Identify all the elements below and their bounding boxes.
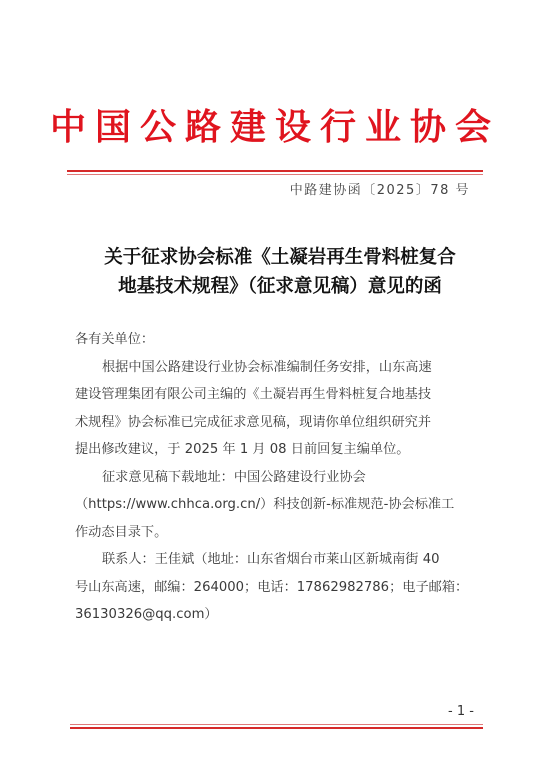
paragraph-line: 征求意见稿下载地址：中国公路建设行业协会 — [75, 464, 478, 492]
document-number: 中路建协函〔2025〕78 号 — [290, 182, 470, 200]
paragraph-download-address: 征求意见稿下载地址：中国公路建设行业协会 （https://www.chhca.… — [75, 464, 478, 547]
paragraph-line: 根据中国公路建设行业协会标准编制任务安排，山东高速 — [75, 354, 478, 382]
salutation: 各有关单位： — [75, 326, 478, 354]
organization-letterhead-title: 中国公路建设行业协会 — [0, 103, 550, 151]
footer-rule-thick — [70, 727, 483, 729]
contact-email-line[interactable]: 36130326@qq.com） — [75, 601, 478, 629]
download-url-line[interactable]: （https://www.chhca.org.cn/）科技创新-标准规范-协会标… — [75, 491, 478, 519]
paragraph-line: 术规程》协会标准已完成征求意见稿，现请你单位组织研究并 — [75, 409, 478, 437]
paragraph-line: 作动态目录下。 — [75, 519, 478, 547]
paragraph-line: 建设管理集团有限公司主编的《土凝岩再生骨料桩复合地基技 — [75, 381, 478, 409]
subject-line-2: 地基技术规程》（征求意见稿）意见的函 — [60, 272, 500, 301]
letter-body: 各有关单位： 根据中国公路建设行业协会标准编制任务安排，山东高速 建设管理集团有… — [75, 326, 478, 629]
subject-line-1: 关于征求协会标准《土凝岩再生骨料桩复合 — [60, 243, 500, 272]
page-number: - 1 - — [448, 704, 474, 719]
paragraph-line: 提出修改建议，于 2025 年 1 月 08 日前回复主编单位。 — [75, 436, 478, 464]
letterhead-rule-thin — [67, 174, 483, 175]
paragraph-contact: 联系人：王佳斌（地址：山东省烟台市莱山区新城南街 40 号山东高速，邮编：264… — [75, 546, 478, 629]
paragraph-line: 联系人：王佳斌（地址：山东省烟台市莱山区新城南街 40 — [75, 546, 478, 574]
letterhead-rule-thick — [67, 170, 483, 172]
paragraph-task-notice: 根据中国公路建设行业协会标准编制任务安排，山东高速 建设管理集团有限公司主编的《… — [75, 354, 478, 464]
letter-subject-title: 关于征求协会标准《土凝岩再生骨料桩复合 地基技术规程》（征求意见稿）意见的函 — [60, 243, 500, 301]
footer-rule-thin — [70, 724, 483, 725]
paragraph-line: 号山东高速，邮编：264000；电话：17862982786；电子邮箱： — [75, 574, 478, 602]
document-page: 中国公路建设行业协会 中路建协函〔2025〕78 号 关于征求协会标准《土凝岩再… — [0, 0, 550, 778]
